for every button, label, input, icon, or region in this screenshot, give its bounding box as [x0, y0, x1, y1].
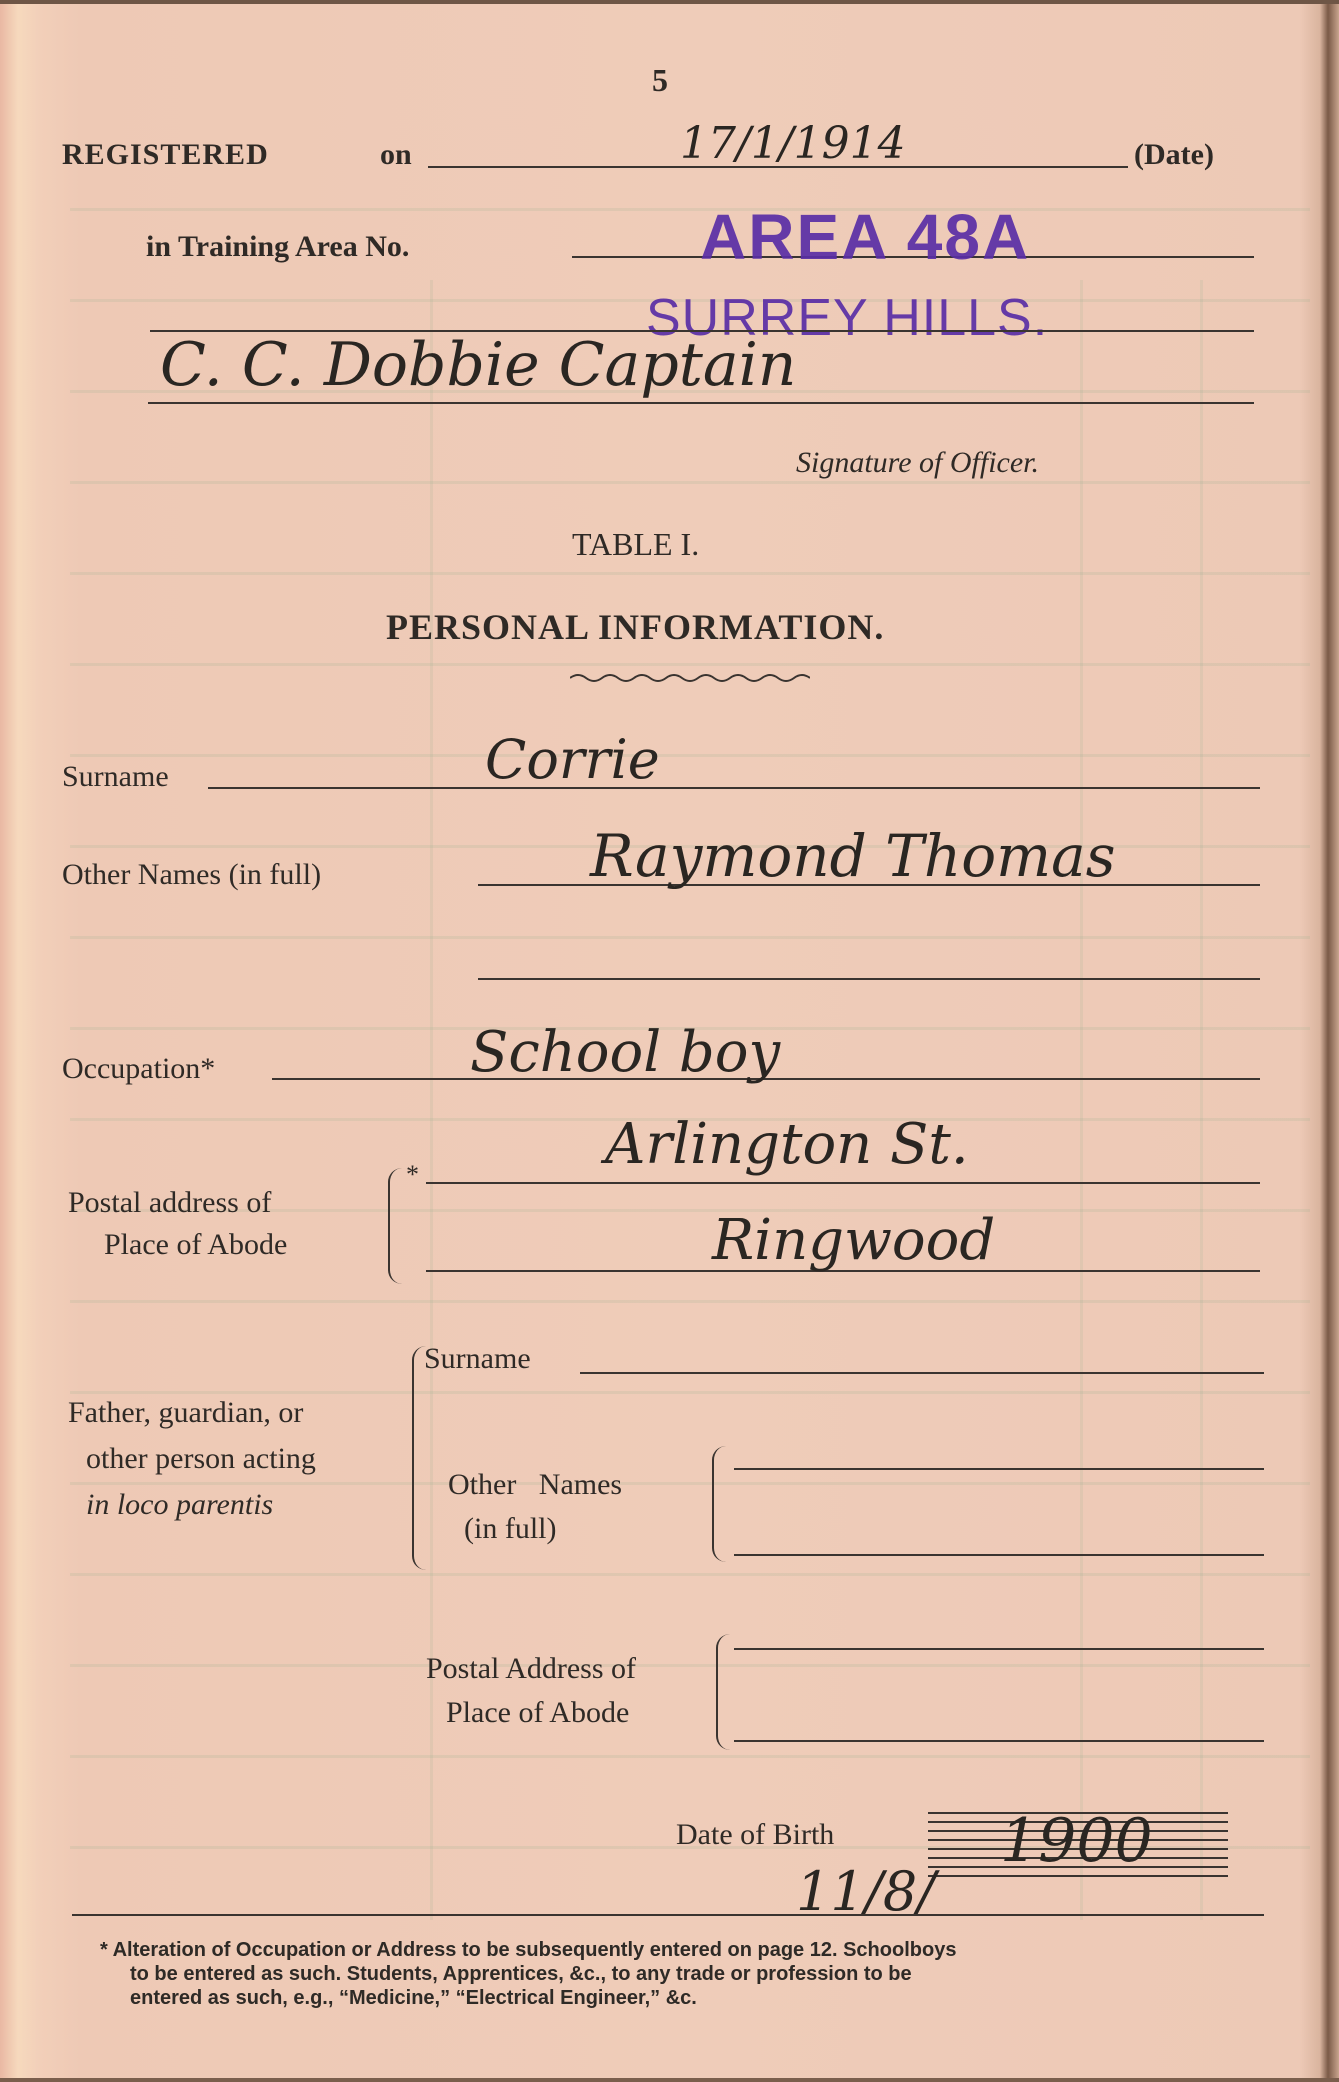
occupation-label: Occupation*	[62, 1052, 215, 1086]
registered-label: REGISTERED	[62, 138, 269, 172]
postal-label-line1: Postal address of	[68, 1186, 271, 1220]
registration-date-value[interactable]: 17/1/1914	[680, 118, 906, 169]
surname-label: Surname	[62, 760, 169, 794]
other-names-value[interactable]: Raymond Thomas	[590, 822, 1115, 890]
postal-brace-icon	[388, 1168, 402, 1284]
wavy-divider-icon	[570, 668, 810, 688]
training-area-label: in Training Area No.	[146, 230, 409, 264]
page-bottom-edge	[0, 2078, 1339, 2082]
show-through-column	[1080, 280, 1083, 1920]
guardian-surname-rule	[580, 1372, 1264, 1374]
address-rule-1	[426, 1182, 1260, 1184]
on-label: on	[380, 138, 412, 172]
table-title: PERSONAL INFORMATION.	[386, 606, 884, 648]
dob-year-value[interactable]: 1900	[1000, 1806, 1153, 1876]
guardian-postal-brace-icon	[716, 1634, 730, 1750]
guardian-brace-icon	[412, 1346, 428, 1570]
document-page: 5 REGISTERED on 17/1/1914 (Date) in Trai…	[0, 0, 1339, 2082]
guardian-other-names-label-line2: (in full)	[464, 1512, 556, 1546]
guardian-label-line2: other person acting	[86, 1442, 316, 1476]
footnote-line2: to be entered as such. Students, Apprent…	[100, 1962, 1260, 1986]
signature-caption: Signature of Officer.	[796, 446, 1039, 480]
guardian-address-rule-2	[734, 1740, 1264, 1742]
guardian-other-names-label-line1: Other Names	[448, 1468, 622, 1502]
area-stamp: AREA 48A	[700, 200, 1030, 274]
guardian-label-line3: in loco parentis	[86, 1488, 273, 1522]
date-suffix: (Date)	[1134, 138, 1214, 172]
guardian-label-line1: Father, guardian, or	[68, 1396, 303, 1430]
footnote-line3: entered as such, e.g., “Medicine,” “Elec…	[100, 1986, 1260, 2010]
page-number: 5	[652, 62, 668, 99]
guardian-postal-label-line1: Postal Address of	[426, 1652, 636, 1686]
guardian-other-names-brace-icon	[712, 1446, 726, 1562]
footnote: * Alteration of Occupation or Address to…	[100, 1938, 1260, 2010]
surname-rule	[208, 787, 1260, 789]
signature-rule-lower	[148, 402, 1254, 404]
officer-signature[interactable]: C. C. Dobbie Captain	[160, 330, 796, 400]
other-names-rule-2	[478, 978, 1260, 980]
guardian-address-rule-1	[734, 1648, 1264, 1650]
guardian-surname-label: Surname	[424, 1342, 531, 1376]
occupation-value[interactable]: School boy	[470, 1020, 780, 1085]
page-top-edge	[0, 0, 1339, 4]
other-names-label: Other Names (in full)	[62, 858, 321, 892]
show-through-column	[1200, 280, 1203, 1920]
guardian-other-names-rule-1	[734, 1468, 1264, 1470]
table-number: TABLE I.	[572, 526, 699, 563]
address-line2-value[interactable]: Ringwood	[712, 1208, 995, 1273]
guardian-other-names-rule-2	[734, 1554, 1264, 1556]
dob-label: Date of Birth	[676, 1818, 834, 1852]
postal-asterisk: *	[406, 1160, 419, 1190]
surname-value[interactable]: Corrie	[485, 728, 660, 791]
address-line1-value[interactable]: Arlington St.	[605, 1112, 969, 1177]
postal-label-line2: Place of Abode	[104, 1228, 287, 1262]
guardian-postal-label-line2: Place of Abode	[446, 1696, 629, 1730]
footnote-line1: * Alteration of Occupation or Address to…	[100, 1938, 1260, 1962]
footnote-divider	[72, 1914, 1264, 1916]
